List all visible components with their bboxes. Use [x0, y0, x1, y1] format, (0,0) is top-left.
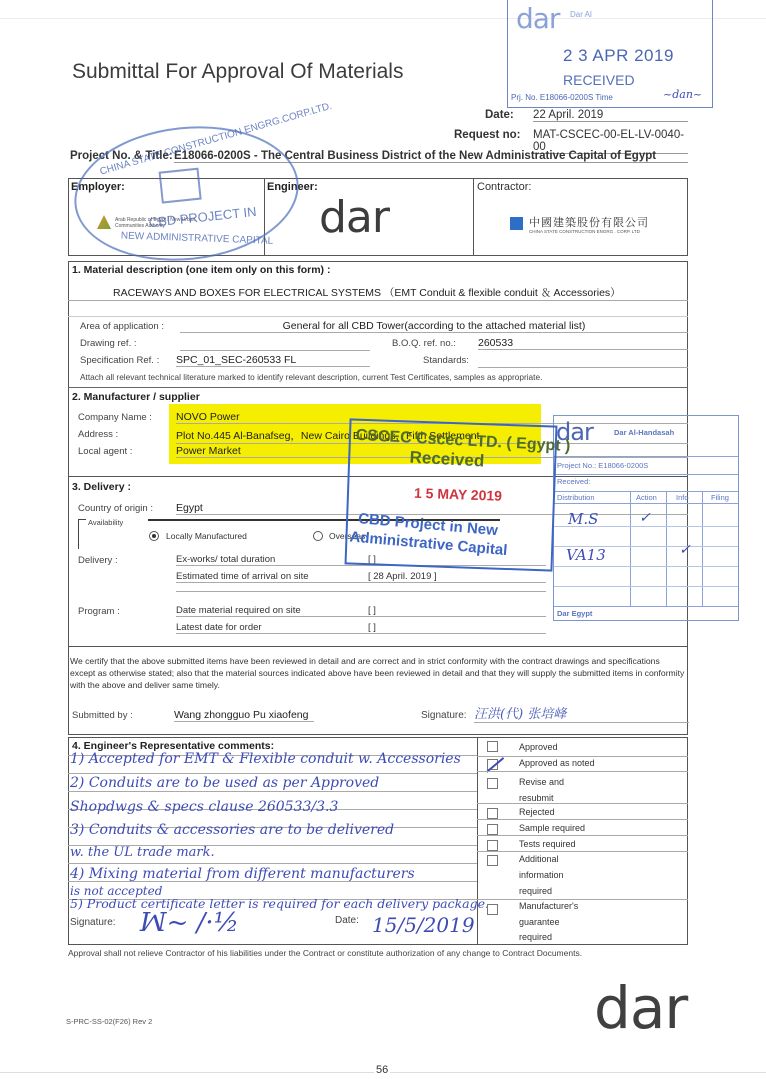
- routing-project: Project No.: E18066-0200S: [557, 461, 648, 470]
- divider: [477, 803, 688, 804]
- stamp-date: 2 3 APR 2019: [563, 46, 674, 66]
- divider: [68, 387, 688, 388]
- option-tests-required: Tests required: [519, 839, 576, 849]
- routing-row2-info: ✓: [679, 542, 691, 558]
- option-revise-resubmit: Revise and resubmit: [519, 774, 599, 806]
- stamp-status: RECEIVED: [563, 72, 635, 88]
- routing-row2-distribution: VA13: [566, 546, 606, 564]
- submitter-signature: 汪洪(代) 张培峰: [474, 703, 689, 723]
- option-local-label: Locally Manufactured: [166, 531, 247, 541]
- section3-title: 3. Delivery :: [72, 481, 131, 493]
- option-rejected: Rejected: [519, 807, 555, 817]
- divider: [477, 819, 688, 820]
- eta-row: Estimated time of arrival on site [ 28 A…: [176, 571, 546, 583]
- checkbox-approved[interactable]: [487, 741, 498, 752]
- stamp-project: Prj. No. E18066-0200S Time: [511, 93, 613, 102]
- stamp-time-signature: ~dan~: [663, 88, 702, 101]
- col-filing: Filing: [711, 493, 729, 502]
- divider: [68, 791, 477, 792]
- routing-org: Dar Al-Handasah: [614, 428, 674, 437]
- signature-label: Signature:: [421, 710, 467, 721]
- contractor-en-name: CHINA STATE CONSTRUCTION ENGRG . CORP. L…: [529, 229, 640, 234]
- divider: [68, 316, 688, 317]
- divider: [554, 503, 738, 504]
- received-stamp-top: dar Dar Al 2 3 APR 2019 RECEIVED Prj. No…: [507, 0, 713, 108]
- status-options: Approved Approved as noted Revise and re…: [477, 737, 688, 945]
- comment-6: 4) Mixing material from different manufa…: [70, 866, 415, 882]
- exworks-label: Ex-works/ total duration: [176, 554, 275, 565]
- latest-order-value: [ ]: [368, 622, 376, 633]
- divider: [554, 566, 738, 567]
- oval-stamp-middle: CBD PROJECT IN: [148, 204, 257, 230]
- stamp-org: Dar Al: [570, 10, 592, 19]
- drawing-value: [180, 337, 370, 351]
- cscec-logo-icon: [510, 217, 523, 230]
- availability-bracket: [78, 519, 86, 549]
- drawing-label: Drawing ref. :: [80, 338, 137, 349]
- section2-title: 2. Manufacturer / supplier: [72, 391, 200, 403]
- eta-value: [ 28 April. 2019 ]: [368, 571, 437, 582]
- checkbox-additional-info[interactable]: [487, 855, 498, 866]
- divider: [68, 863, 477, 864]
- checkbox-rejected[interactable]: [487, 808, 498, 819]
- delivery-label: Delivery :: [78, 555, 118, 566]
- divider: [68, 773, 477, 774]
- page-title: Submittal For Approval Of Materials: [72, 60, 403, 84]
- engineer-dar-logo: dar: [319, 193, 389, 243]
- divider: [477, 771, 688, 772]
- option-sample-required: Sample required: [519, 823, 585, 833]
- contractor-label: Contractor:: [477, 181, 531, 193]
- checkbox-manufacturer-guarantee[interactable]: [487, 904, 498, 915]
- engineer-signature: ꟽ~ /·½: [140, 908, 239, 938]
- request-label: Request no:: [454, 129, 520, 141]
- radio-selected-dot: [152, 534, 156, 538]
- divider: [554, 491, 738, 492]
- oval-stamp-bottom: NEW ADMINISTRATIVE CAPITAL: [121, 230, 274, 246]
- area-label: Area of application :: [80, 321, 164, 332]
- boq-label: B.O.Q. ref. no.:: [392, 338, 456, 349]
- date-required-label: Date material required on site: [176, 605, 301, 616]
- submitted-value: Wang zhongguo Pu xiaofeng: [174, 709, 314, 722]
- company-label: Company Name :: [78, 412, 152, 423]
- spec-value: SPC_01_SEC-260533 FL: [176, 354, 370, 367]
- country-label: Country of origin :: [78, 503, 153, 514]
- checkbox-tests-required[interactable]: [487, 840, 498, 851]
- cbd-project-stamp: 1 5 MAY 2019 CBD Project in New Administ…: [345, 418, 558, 571]
- area-value: General for all CBD Tower(according to t…: [180, 320, 688, 333]
- oval-stamp-top: CHINA STATE CONSTRUCTION ENGRG.CORP.LTD.: [99, 101, 334, 178]
- cbd-stamp-date: 1 5 MAY 2019: [414, 485, 502, 504]
- dar-logo-stamp: dar: [516, 2, 559, 35]
- divider: [554, 586, 738, 587]
- date-value: 22 April. 2019: [533, 109, 688, 122]
- engineer-date-value: 15/5/2019: [372, 913, 475, 937]
- routing-row1-distribution: M.S: [568, 510, 598, 528]
- comment-3: Shopdwgs & specs clause 260533/3.3: [70, 799, 338, 815]
- divider: [176, 591, 546, 592]
- date-required-row: Date material required on site [ ]: [176, 605, 546, 617]
- divider: [477, 835, 688, 836]
- routing-footer: Dar Egypt: [557, 609, 592, 618]
- spec-label: Specification Ref. :: [80, 355, 159, 366]
- latest-order-row: Latest date for order [ ]: [176, 622, 546, 634]
- checkbox-sample-required[interactable]: [487, 824, 498, 835]
- dar-routing-stamp: dar Dar Al-Handasah Project No.: E18066-…: [553, 415, 739, 621]
- section1-title: 1. Material description (one item only o…: [72, 264, 330, 276]
- divider: [68, 300, 688, 301]
- routing-row1-action: ✓: [639, 510, 651, 526]
- divider: [702, 491, 703, 606]
- eta-label: Estimated time of arrival on site: [176, 571, 309, 582]
- date-required-value: [ ]: [368, 605, 376, 616]
- page-number: 56: [374, 1064, 390, 1076]
- divider: [554, 474, 738, 475]
- cscec-stamp-logo-icon: [159, 168, 202, 204]
- comment-1: 1) Accepted for EMT & Flexible conduit w…: [70, 751, 461, 767]
- checkbox-revise-resubmit[interactable]: [487, 778, 498, 789]
- col-info: Info: [676, 493, 689, 502]
- material-description: RACEWAYS AND BOXES FOR ELECTRICAL SYSTEM…: [113, 285, 621, 300]
- divider: [554, 456, 738, 457]
- divider: [630, 491, 631, 606]
- comment-2: 2) Conduits are to be used as per Approv…: [70, 775, 379, 791]
- address-label: Address :: [78, 429, 118, 440]
- divider: [477, 756, 688, 757]
- divider: [554, 606, 738, 607]
- comment-8: 5) Product certificate letter is require…: [70, 896, 489, 911]
- option-additional-info: Additional information required: [519, 851, 589, 899]
- comment-5: w. the UL trade mark.: [70, 845, 215, 860]
- standards-value: [478, 354, 688, 368]
- option-manufacturer-guarantee: Manufacturer's guarantee required: [519, 899, 591, 946]
- availability-label: Availability: [88, 518, 123, 527]
- form-code: S-PRC-SS-02(F26) Rev 2: [66, 1017, 152, 1026]
- radio-overseas[interactable]: [313, 531, 323, 541]
- option-approved: Approved: [519, 742, 558, 752]
- submitted-label: Submitted by :: [72, 710, 133, 721]
- engineer-signature-label: Signature:: [70, 917, 116, 928]
- boq-value: 260533: [478, 337, 688, 350]
- attach-note: Attach all relevant technical literature…: [80, 372, 542, 382]
- footer-dar-logo: dar: [594, 978, 687, 1038]
- option-approved-as-noted: Approved as noted: [519, 758, 595, 768]
- agent-label: Local agent :: [78, 446, 132, 457]
- approval-disclaimer: Approval shall not relieve Contractor of…: [68, 948, 582, 958]
- radio-locally-manufactured[interactable]: [149, 531, 159, 541]
- certification-text: We certify that the above submitted item…: [70, 655, 685, 691]
- col-action: Action: [636, 493, 657, 502]
- certification-box: We certify that the above submitted item…: [68, 647, 688, 735]
- comment-4: 3) Conduits & accessories are to be deli…: [70, 822, 394, 838]
- date-label: Date:: [485, 109, 514, 121]
- routing-received: Received:: [557, 477, 590, 486]
- standards-label: Standards:: [423, 355, 469, 366]
- engineer-date-label: Date:: [335, 915, 359, 926]
- divider: [666, 491, 667, 606]
- divider: [473, 179, 474, 255]
- contractor-cn-name: 中國建築股份有限公司: [529, 214, 649, 230]
- program-label: Program :: [78, 606, 120, 617]
- col-distribution: Distribution: [557, 493, 595, 502]
- latest-order-label: Latest date for order: [176, 622, 262, 633]
- checkbox-approved-as-noted[interactable]: [487, 759, 498, 770]
